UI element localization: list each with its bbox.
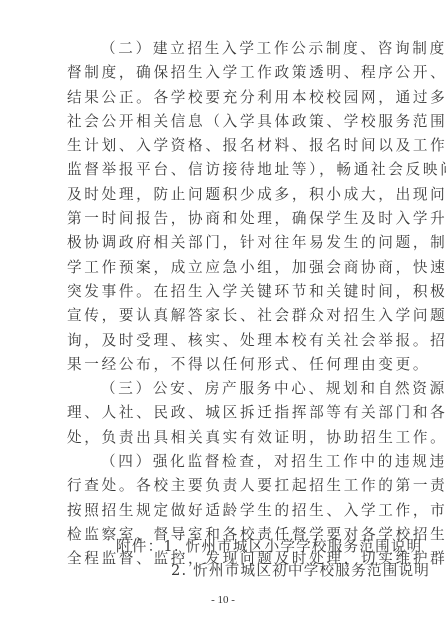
- paragraph-4-line: 行查处。各校主要负责人要扛起招生工作的第一责任，严格: [67, 474, 385, 498]
- paragraph-2-line: 宣传，要认真解答家长、社会群众对招生入学问题的相关咨: [67, 304, 385, 328]
- page-number: - 10 -: [0, 594, 446, 606]
- paragraph-2-line: 第一时间报告，协商和处理，确保学生及时入学升学，要积: [67, 207, 385, 231]
- paragraph-2-line: 结果公正。各学校要充分利用本校校园网，通过多种形式向: [67, 86, 385, 110]
- paragraph-4-line: 按照招生规定做好适龄学生的招生、入学工作，市、区局纪: [67, 499, 385, 523]
- paragraph-2-line: （二）建立招生入学工作公示制度、咨询制度和社会监: [67, 37, 385, 61]
- paragraph-3-line: （三）公安、房产服务中心、规划和自然资源、市场管: [67, 377, 385, 401]
- paragraph-2-line: 督制度，确保招生入学工作政策透明、程序公开、过程公平、: [67, 61, 385, 85]
- attachment-title: 1. 忻州市城区小学学校服务范围说明: [163, 538, 422, 555]
- attachment-item-2: 2. 忻州市城区初中学校服务范围说明: [116, 559, 430, 583]
- paragraph-2-line: 询，及时受理、核实、处理本校有关社会举报。招生录取结: [67, 329, 385, 353]
- paragraph-2-line: 生计划、入学资格、报名材料、报名时间以及工作咨询方式、: [67, 134, 385, 158]
- paragraph-3-line: 理、人社、民政、城区拆迁指挥部等有关部门和各街道办事: [67, 401, 385, 425]
- paragraph-4-line: （四）强化监督检查，对招生工作中的违规违纪行为进: [67, 450, 385, 474]
- paragraph-2-line: 及时处理，防止问题积少成多，积小成大，出现问题时，要: [67, 183, 385, 207]
- attachment-item-1: 附件：1. 忻州市城区小学学校服务范围说明: [116, 535, 430, 559]
- paragraph-2-line: 学工作预案，成立应急小组，加强会商协商，快速稳妥处置: [67, 256, 385, 280]
- paragraph-2-line: 社会公开相关信息（入学具体政策、学校服务范围划分、招: [67, 110, 385, 134]
- paragraph-3-line: 处，负责出具相关真实有效证明，协助招生工作。: [67, 426, 385, 450]
- attachments-section: 附件：1. 忻州市城区小学学校服务范围说明 2. 忻州市城区初中学校服务范围说明: [116, 535, 430, 584]
- paragraph-2-line: 监督举报平台、信访接待地址等），畅通社会反映问题渠道，: [67, 158, 385, 182]
- document-page: （二）建立招生入学工作公示制度、咨询制度和社会监 督制度，确保招生入学工作政策透…: [0, 0, 446, 630]
- paragraph-2-line: 果一经公布，不得以任何形式、任何理由变更。: [67, 353, 385, 377]
- document-body: （二）建立招生入学工作公示制度、咨询制度和社会监 督制度，确保招生入学工作政策透…: [67, 37, 385, 572]
- attachments-label: 附件：: [116, 538, 163, 555]
- paragraph-2-line: 突发事件。在招生入学关键环节和关键时间，积极做好正面: [67, 280, 385, 304]
- paragraph-2-line: 极协调政府相关部门，针对往年易发生的问题，制定招生入: [67, 231, 385, 255]
